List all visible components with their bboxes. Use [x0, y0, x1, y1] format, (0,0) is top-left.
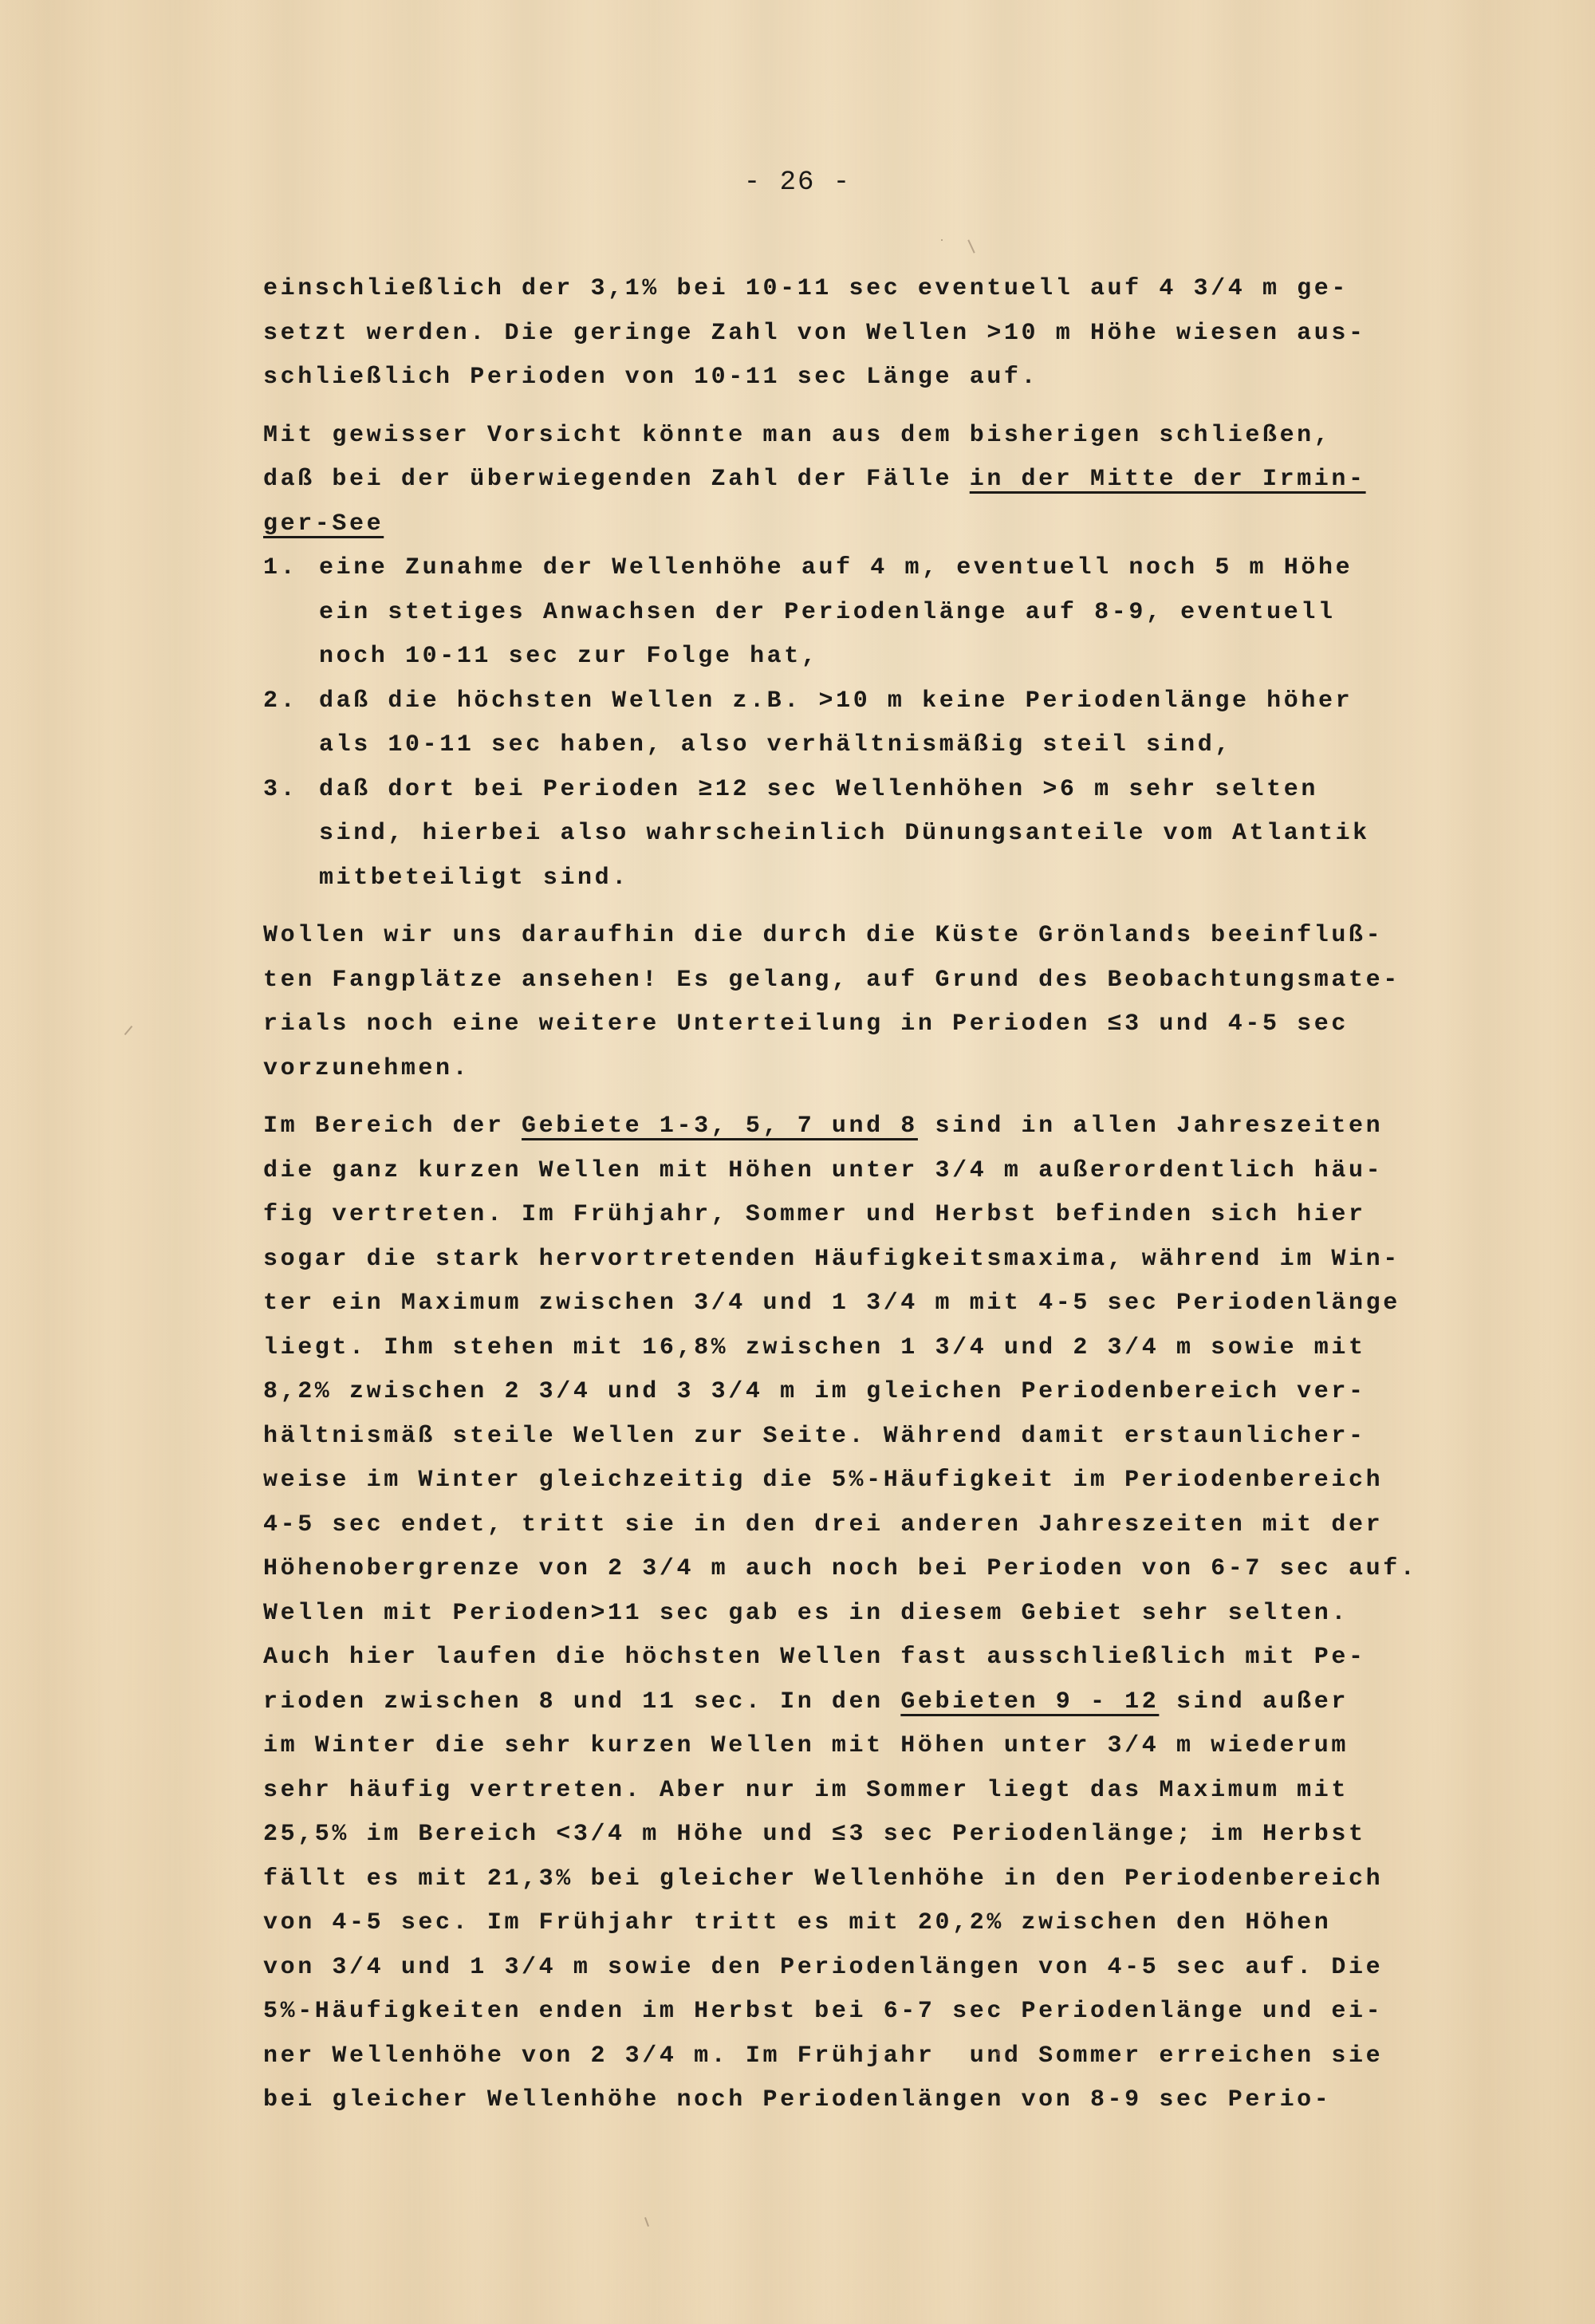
paragraph-gap	[263, 900, 1459, 914]
numbered-list-item: 3.daß dort bei Perioden ≥12 sec Wellenhö…	[263, 768, 1459, 901]
underlined-phrase: Gebieten 9 - 12	[900, 1688, 1159, 1715]
text-line: bei gleicher Wellenhöhe noch Periodenlän…	[263, 2078, 1459, 2123]
text-line: noch 10-11 sec zur Folge hat,	[263, 635, 1459, 679]
text-line: 2.daß die höchsten Wellen z.B. >10 m kei…	[263, 679, 1459, 724]
text-span: sind außer	[1159, 1688, 1349, 1715]
text-line: fällt es mit 21,3% bei gleicher Wellenhö…	[263, 1857, 1459, 1902]
text-line: Mit gewisser Vorsicht könnte man aus dem…	[263, 414, 1459, 459]
text-line: fig vertreten. Im Frühjahr, Sommer und H…	[263, 1193, 1459, 1238]
text-line: 4-5 sec endet, tritt sie in den drei and…	[263, 1503, 1459, 1548]
text-line: hältnismäß steile Wellen zur Seite. Währ…	[263, 1415, 1459, 1459]
text-line: setzt werden. Die geringe Zahl von Welle…	[263, 312, 1459, 356]
text-line: Im Bereich der Gebiete 1-3, 5, 7 und 8 s…	[263, 1105, 1459, 1149]
text-line: Wollen wir uns daraufhin die durch die K…	[263, 914, 1459, 959]
text-line: Wellen mit Perioden>11 sec gab es in die…	[263, 1592, 1459, 1637]
text-span: sind in allen Jahreszeiten	[918, 1113, 1383, 1140]
text-line: schließlich Perioden von 10-11 sec Länge…	[263, 356, 1459, 400]
numbered-list-item: 1.eine Zunahme der Wellenhöhe auf 4 m, e…	[263, 546, 1459, 679]
text-line: ger-See	[263, 502, 1459, 547]
paragraph: Im Bereich der Gebiete 1-3, 5, 7 und 8 s…	[263, 1105, 1459, 2123]
paper-speck	[941, 239, 943, 241]
text-line: ter ein Maximum zwischen 3/4 und 1 3/4 m…	[263, 1282, 1459, 1326]
text-span: rioden zwischen 8 und 11 sec. In den	[263, 1688, 900, 1715]
text-line: 5%-Häufigkeiten enden im Herbst bei 6-7 …	[263, 1990, 1459, 2034]
page-number: - 26 -	[0, 167, 1595, 198]
text-line: 3.daß dort bei Perioden ≥12 sec Wellenhö…	[263, 768, 1459, 813]
paragraph-gap	[263, 1091, 1459, 1105]
text-line: sehr häufig vertreten. Aber nur im Somme…	[263, 1769, 1459, 1814]
text-span: Im Bereich der	[263, 1113, 522, 1140]
list-number: 1.	[263, 546, 319, 591]
text-line: ein stetiges Anwachsen der Periodenlänge…	[263, 591, 1459, 636]
text-line: als 10-11 sec haben, also verhältnismäßi…	[263, 723, 1459, 768]
text-line: 8,2% zwischen 2 3/4 und 3 3/4 m im gleic…	[263, 1370, 1459, 1415]
paper-speck	[967, 239, 975, 253]
text-line: liegt. Ihm stehen mit 16,8% zwischen 1 3…	[263, 1326, 1459, 1371]
text-line: weise im Winter gleichzeitig die 5%-Häuf…	[263, 1459, 1459, 1503]
underlined-phrase: ger-See	[263, 510, 384, 538]
list-number: 3.	[263, 768, 319, 813]
underlined-phrase: Gebiete 1-3, 5, 7 und 8	[522, 1113, 918, 1140]
text-line: ten Fangplätze ansehen! Es gelang, auf G…	[263, 959, 1459, 1003]
text-line: rioden zwischen 8 und 11 sec. In den Geb…	[263, 1680, 1459, 1725]
paragraph: Mit gewisser Vorsicht könnte man aus dem…	[263, 414, 1459, 901]
text-line: vorzunehmen.	[263, 1047, 1459, 1092]
paragraph: Wollen wir uns daraufhin die durch die K…	[263, 914, 1459, 1091]
text-line: die ganz kurzen Wellen mit Höhen unter 3…	[263, 1149, 1459, 1194]
underlined-phrase: in der Mitte der Irmin-	[970, 466, 1366, 493]
paragraph: einschließlich der 3,1% bei 10-11 sec ev…	[263, 267, 1459, 400]
paper-speck	[644, 2217, 649, 2227]
text-line: 25,5% im Bereich <3/4 m Höhe und ≤3 sec …	[263, 1813, 1459, 1857]
text-line: sind, hierbei also wahrscheinlich Dünung…	[263, 812, 1459, 857]
paragraph-gap	[263, 400, 1459, 414]
text-line: mitbeteiligt sind.	[263, 857, 1459, 901]
paper-speck	[997, 2050, 1000, 2055]
text-line: einschließlich der 3,1% bei 10-11 sec ev…	[263, 267, 1459, 312]
text-line: ner Wellenhöhe von 2 3/4 m. Im Frühjahr …	[263, 2034, 1459, 2079]
text-line: im Winter die sehr kurzen Wellen mit Höh…	[263, 1724, 1459, 1769]
paper-speck	[124, 1026, 133, 1035]
text-line: von 3/4 und 1 3/4 m sowie den Periodenlä…	[263, 1946, 1459, 1991]
numbered-list-item: 2.daß die höchsten Wellen z.B. >10 m kei…	[263, 679, 1459, 768]
typewritten-page: - 26 - einschließlich der 3,1% bei 10-11…	[0, 0, 1595, 2324]
text-line: Auch hier laufen die höchsten Wellen fas…	[263, 1636, 1459, 1680]
text-line: daß bei der überwiegenden Zahl der Fälle…	[263, 458, 1459, 502]
body-text: einschließlich der 3,1% bei 10-11 sec ev…	[263, 267, 1459, 2123]
text-line: sogar die stark hervortretenden Häufigke…	[263, 1238, 1459, 1282]
text-line: 1.eine Zunahme der Wellenhöhe auf 4 m, e…	[263, 546, 1459, 591]
text-line: von 4-5 sec. Im Frühjahr tritt es mit 20…	[263, 1901, 1459, 1946]
list-number: 2.	[263, 679, 319, 724]
text-span: daß bei der überwiegenden Zahl der Fälle	[263, 466, 970, 493]
text-line: Höhenobergrenze von 2 3/4 m auch noch be…	[263, 1547, 1459, 1592]
text-line: rials noch eine weitere Unterteilung in …	[263, 1002, 1459, 1047]
